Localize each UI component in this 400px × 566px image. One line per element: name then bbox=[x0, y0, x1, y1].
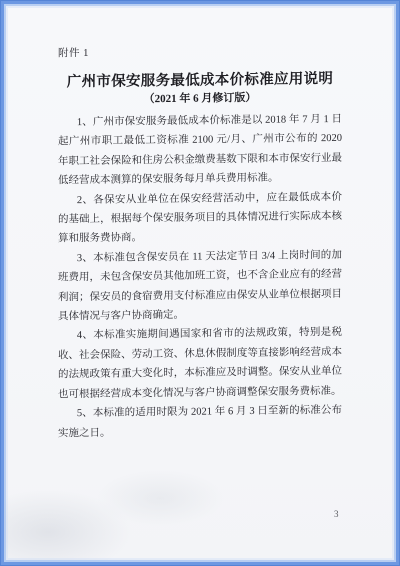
page-content: 附件 1 广州市保安服务最低成本价标准应用说明 （2021 年 6 月修订版） … bbox=[4, 0, 396, 444]
attachment-label: 附件 1 bbox=[58, 44, 342, 61]
paragraph: 1、广州市保安服务最低成本价标准是以 2018 年 7 月 1 日起广州市职工最… bbox=[58, 110, 342, 191]
scanned-document-page: 附件 1 广州市保安服务最低成本价标准应用说明 （2021 年 6 月修订版） … bbox=[0, 0, 400, 566]
page-number: 3 bbox=[334, 509, 339, 519]
document-title: 广州市保安服务最低成本价标准应用说明 bbox=[58, 69, 342, 92]
paragraph: 3、本标准包含保安员在 11 天法定节日 3/4 上岗时间的加班费用，未包含保安… bbox=[58, 246, 342, 327]
document-body: 1、广州市保安服务最低成本价标准是以 2018 年 7 月 1 日起广州市职工最… bbox=[58, 110, 342, 443]
paragraph: 4、本标准实施期间遇国家和省市的法规政策，特别是税收、社会保险、劳动工资、休息休… bbox=[58, 323, 342, 404]
paragraph: 5、本标准的适用时限为 2021 年 6 月 3 日至新的标准公布实施之日。 bbox=[58, 401, 342, 443]
paragraph: 2、各保安从业单位在保安经营活动中，应在最低成本价的基础上，根据每个保安服务项目… bbox=[58, 187, 342, 249]
document-subtitle: （2021 年 6 月修订版） bbox=[58, 90, 342, 108]
